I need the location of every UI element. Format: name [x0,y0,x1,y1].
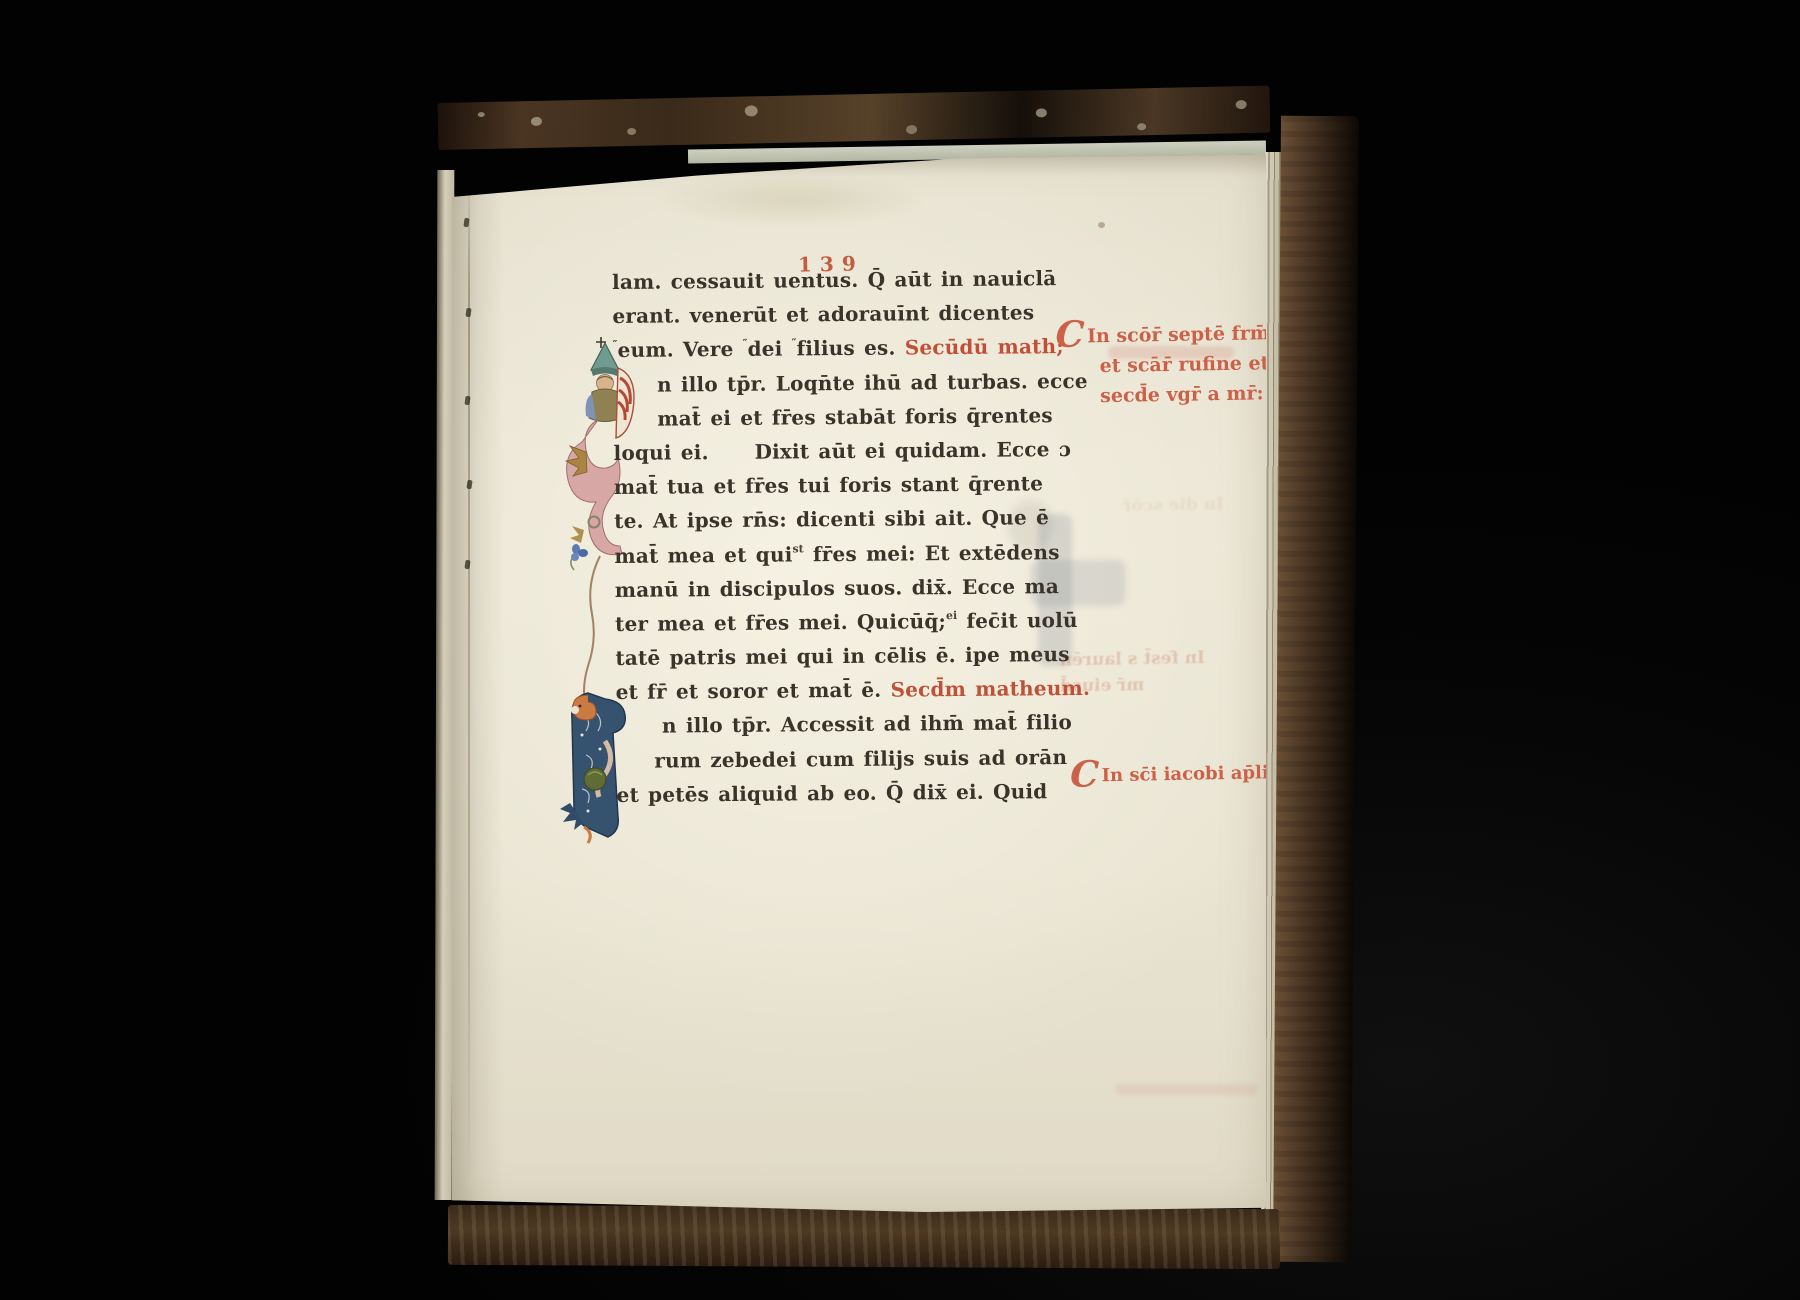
body-text: lam. cessauit uentus. Q̄ aūt in nauicla… [612,266,1057,294]
body-text: mat̄ mea et qui [614,542,792,568]
bleed-through-red-smudge [1116,1084,1258,1095]
body-text: et fr̄ et soror et mat̄ ē. [616,678,891,704]
margin-note-st-james: C In sc̄i iacobi ap̄li· [1070,758,1275,792]
manuscript-line: et petēs aliquid ab eo. Q̄ dix̄ ei. Qui… [616,779,1086,817]
manuscript-line: n illo tp̄r. Accessit ad ihm̄ mat̄ filio [616,710,1086,748]
leather-wear-flecks [478,112,485,117]
manuscript-line: mat̄ tua et fr̄es tui foris stant q̄rent… [614,471,1084,509]
book-cover-bottom [448,1205,1280,1269]
manuscript-line: manū in discipulos suos. dix̄. Ecce ma [615,574,1085,612]
rubric-text: Secūdū math; [905,334,1064,359]
manuscript-line: ″eum. Vere ″dei ″filius es. Secūdū mat… [613,334,1083,372]
manuscript-line: et fr̄ et soror et mat̄ ē. Secd̄m mathe… [616,676,1086,714]
body-text: mat̄ ei et fr̄es stabāt foris q̄rentes [657,403,1053,430]
manuscript-line: erant. venerūt et adorauīnt dicentes [612,300,1082,338]
manuscript-line: tatē patris mei qui in cēlis ē. ipe m… [615,642,1085,680]
body-text: n illo tp̄r. Accessit ad ihm̄ mat̄ filio [662,710,1072,738]
manuscript-line: n illo tp̄r. Loqn̄te ihū ad turbas. ecc… [613,368,1083,406]
body-text: st [792,542,803,555]
body-text: eum. Vere [618,337,743,362]
manuscript-photograph: In die scōr̄ In fest̄ s laurēnmr̄ eius… [0,0,1800,1300]
parchment-page: In die scōr̄ In fest̄ s laurēnmr̄ eius… [452,148,1266,1212]
body-text: manū in discipulos suos. dix̄. Ecce ma [615,574,1059,602]
book-spine-top-edge [438,86,1271,150]
manuscript-line: mat̄ ei et fr̄es stabāt foris q̄rentes [613,403,1083,441]
facing-page-edge [435,170,455,1200]
body-text: dei [747,337,791,361]
note-line: et scār̄ rufine et [1087,348,1277,381]
parchment-speck [1098,222,1105,228]
body-text: n illo tp̄r. Loqn̄te ihū ad turbas. ecc… [657,368,1088,396]
body-text: rum zebedei cum filijs suis ad orān [654,745,1067,773]
note-line: In scōr̄ septē frm̄· [1087,318,1277,351]
binding-stitch [465,308,471,318]
manuscript-line: loqui ei. Dixit aūt ei quidam. Ecce ɔ [613,437,1083,475]
margin-note-lines: In scōr̄ septē frm̄·et scār̄ rufine e… [1087,318,1278,411]
body-text: ter mea et fr̄es mei. Quicūq̄; [615,609,946,636]
body-text: filius es. [796,336,904,361]
rubric-text: Secd̄m matheum. [890,676,1090,702]
text-block: lam. cessauit uentus. Q̄ aūt in nauicla… [612,266,1087,817]
body-text: mat̄ tua et fr̄es tui foris stant q̄rent… [614,471,1043,499]
book-cover-right [1273,116,1359,1263]
body-text: tatē patris mei qui in cēlis ē. ipe m… [615,642,1069,670]
body-text: ei [946,609,957,622]
parchment-stain [657,174,927,226]
rubric-paragraph-mark: C [1067,761,1102,788]
body-text: erant. venerūt et adorauīnt dicentes [612,301,1034,329]
manuscript-line: rum zebedei cum filijs suis ad orān [616,745,1086,783]
note-line: secd̄e vgr̄ a mr̄: [1088,378,1278,411]
rubric-paragraph-mark: C [1052,321,1087,348]
body-text: te. At ipse rn̄s: dicenti sibi ait. Que … [614,506,1049,534]
manuscript-line: lam. cessauit uentus. Q̄ aūt in nauicla… [612,266,1082,304]
manuscript-line: mat̄ mea et quist fr̄es mei: Et extēden… [614,539,1084,577]
body-text: loqui ei. Dixit aūt ei quidam. Ecce ɔ [613,437,1071,465]
binding-stitch [466,480,472,490]
margin-note-lines: In sc̄i iacobi ap̄li· [1101,758,1275,791]
body-text: et petēs aliquid ab eo. Q̄ dix̄ ei. Qui… [616,779,1047,807]
body-text: fec̄it uolū [957,608,1078,633]
blue-trefoil-ornament [566,540,592,576]
margin-note-seven-brothers: C In scōr̄ septē frm̄·et scār̄ rufine… [1055,318,1278,412]
gutter-seam [468,170,470,1190]
manuscript-line: te. At ipse rn̄s: dicenti sibi ait. Que … [614,505,1084,543]
note-line: In sc̄i iacobi ap̄li· [1101,758,1275,791]
body-text: fr̄es mei: Et extēdens [804,540,1060,566]
manuscript-line: ter mea et fr̄es mei. Quicūq̄;ei fec̄it… [615,608,1085,646]
